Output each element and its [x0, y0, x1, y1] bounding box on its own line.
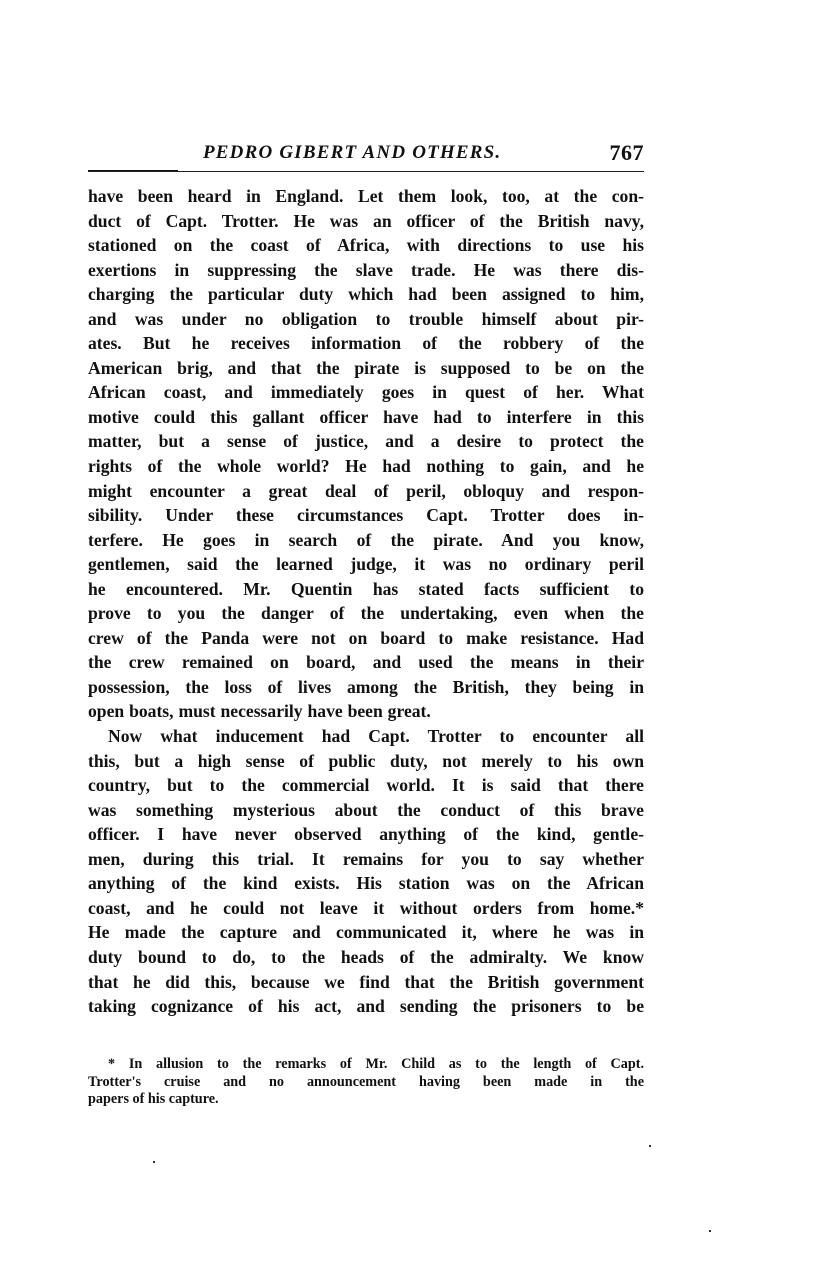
text-line: motive could this gallant officer have h…	[88, 405, 644, 430]
footnote-line: papers of his capture.	[88, 1091, 644, 1109]
scan-speck	[153, 1161, 155, 1163]
text-line: prove to you the danger of the undertaki…	[88, 601, 644, 626]
text-line: possession, the loss of lives among the …	[88, 675, 644, 700]
text-line: duty bound to do, to the heads of the ad…	[88, 945, 644, 970]
text-line: and was under no obligation to trouble h…	[88, 307, 644, 332]
text-line: ates. But he receives information of the…	[88, 331, 644, 356]
text-line: gentlemen, said the learned judge, it wa…	[88, 552, 644, 577]
scan-speck	[709, 1230, 711, 1232]
text-line: men, during this trial. It remains for y…	[88, 847, 644, 872]
text-line: rights of the whole world? He had nothin…	[88, 454, 644, 479]
text-line: that he did this, because we find that t…	[88, 970, 644, 995]
text-line: country, but to the commercial world. It…	[88, 773, 644, 798]
paragraph-1: have been heard in England. Let them loo…	[88, 184, 644, 724]
footnote-line: * In allusion to the remarks of Mr. Chil…	[88, 1056, 644, 1074]
text-line: American brig, and that the pirate is su…	[88, 356, 644, 381]
footnote: * In allusion to the remarks of Mr. Chil…	[88, 1056, 644, 1109]
text-line: exertions in suppressing the slave trade…	[88, 258, 644, 283]
page-number: 767	[610, 140, 645, 166]
paragraph-2: Now what inducement had Capt. Trotter to…	[88, 724, 644, 1019]
scan-speck	[649, 1145, 651, 1147]
text-line: coast, and he could not leave it without…	[88, 896, 644, 921]
text-line: open boats, must necessarily have been g…	[88, 699, 644, 724]
text-line: sibility. Under these circumstances Capt…	[88, 503, 644, 528]
text-line: he encountered. Mr. Quentin has stated f…	[88, 577, 644, 602]
text-line: He made the capture and communicated it,…	[88, 920, 644, 945]
text-line: have been heard in England. Let them loo…	[88, 184, 644, 209]
text-line: duct of Capt. Trotter. He was an officer…	[88, 209, 644, 234]
header-rule	[88, 171, 644, 172]
text-line: stationed on the coast of Africa, with d…	[88, 233, 644, 258]
text-line: taking cognizance of his act, and sendin…	[88, 994, 644, 1019]
text-line: might encounter a great deal of peril, o…	[88, 479, 644, 504]
running-title: PEDRO GIBERT AND OTHERS.	[203, 142, 501, 164]
text-line: officer. I have never observed anything …	[88, 822, 644, 847]
text-line: charging the particular duty which had b…	[88, 282, 644, 307]
footnote-line: Trotter's cruise and no announcement hav…	[88, 1074, 644, 1092]
text-line: was something mysterious about the condu…	[88, 798, 644, 823]
text-line: African coast, and immediately goes in q…	[88, 380, 644, 405]
text-line: crew of the Panda were not on board to m…	[88, 626, 644, 651]
book-page: PEDRO GIBERT AND OTHERS. 767 have been h…	[88, 138, 644, 166]
text-line: terfere. He goes in search of the pirate…	[88, 528, 644, 553]
text-line: anything of the kind exists. His station…	[88, 871, 644, 896]
text-line: matter, but a sense of justice, and a de…	[88, 429, 644, 454]
text-line: the crew remained on board, and used the…	[88, 650, 644, 675]
body-text: have been heard in England. Let them loo…	[88, 184, 644, 1019]
text-line: this, but a high sense of public duty, n…	[88, 749, 644, 774]
text-line: Now what inducement had Capt. Trotter to…	[88, 724, 644, 749]
running-header: PEDRO GIBERT AND OTHERS. 767	[88, 138, 644, 166]
